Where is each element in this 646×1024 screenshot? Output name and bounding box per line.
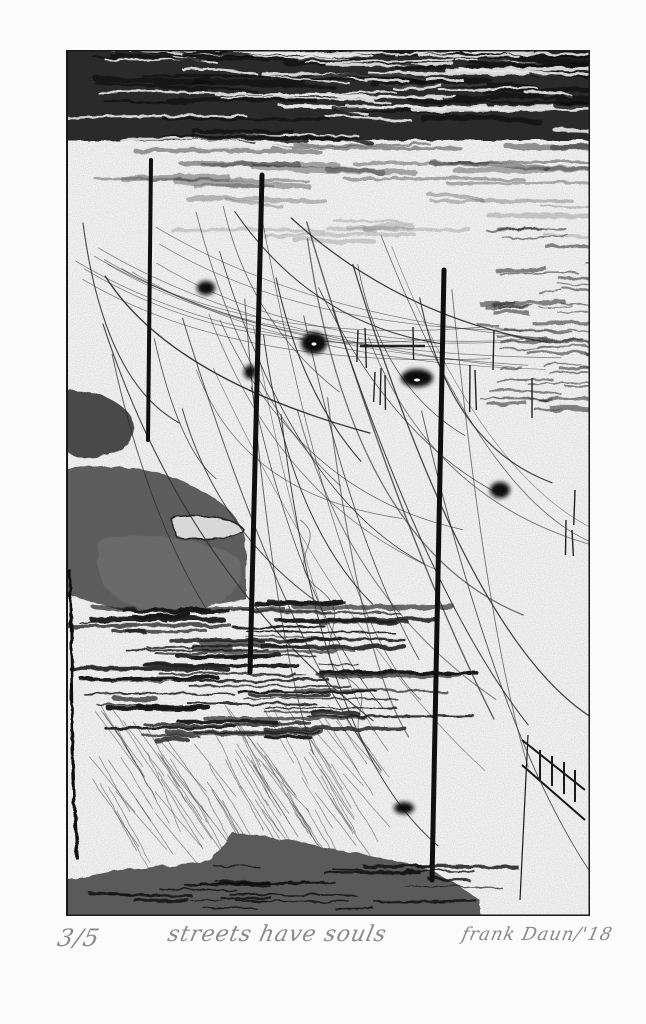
plate [64,48,646,916]
edition-number: 3/5 [55,924,103,952]
artwork-print [0,0,646,1024]
artist-signature: frank Daun/'18 [460,924,615,945]
artwork-title: streets have souls [165,922,389,947]
